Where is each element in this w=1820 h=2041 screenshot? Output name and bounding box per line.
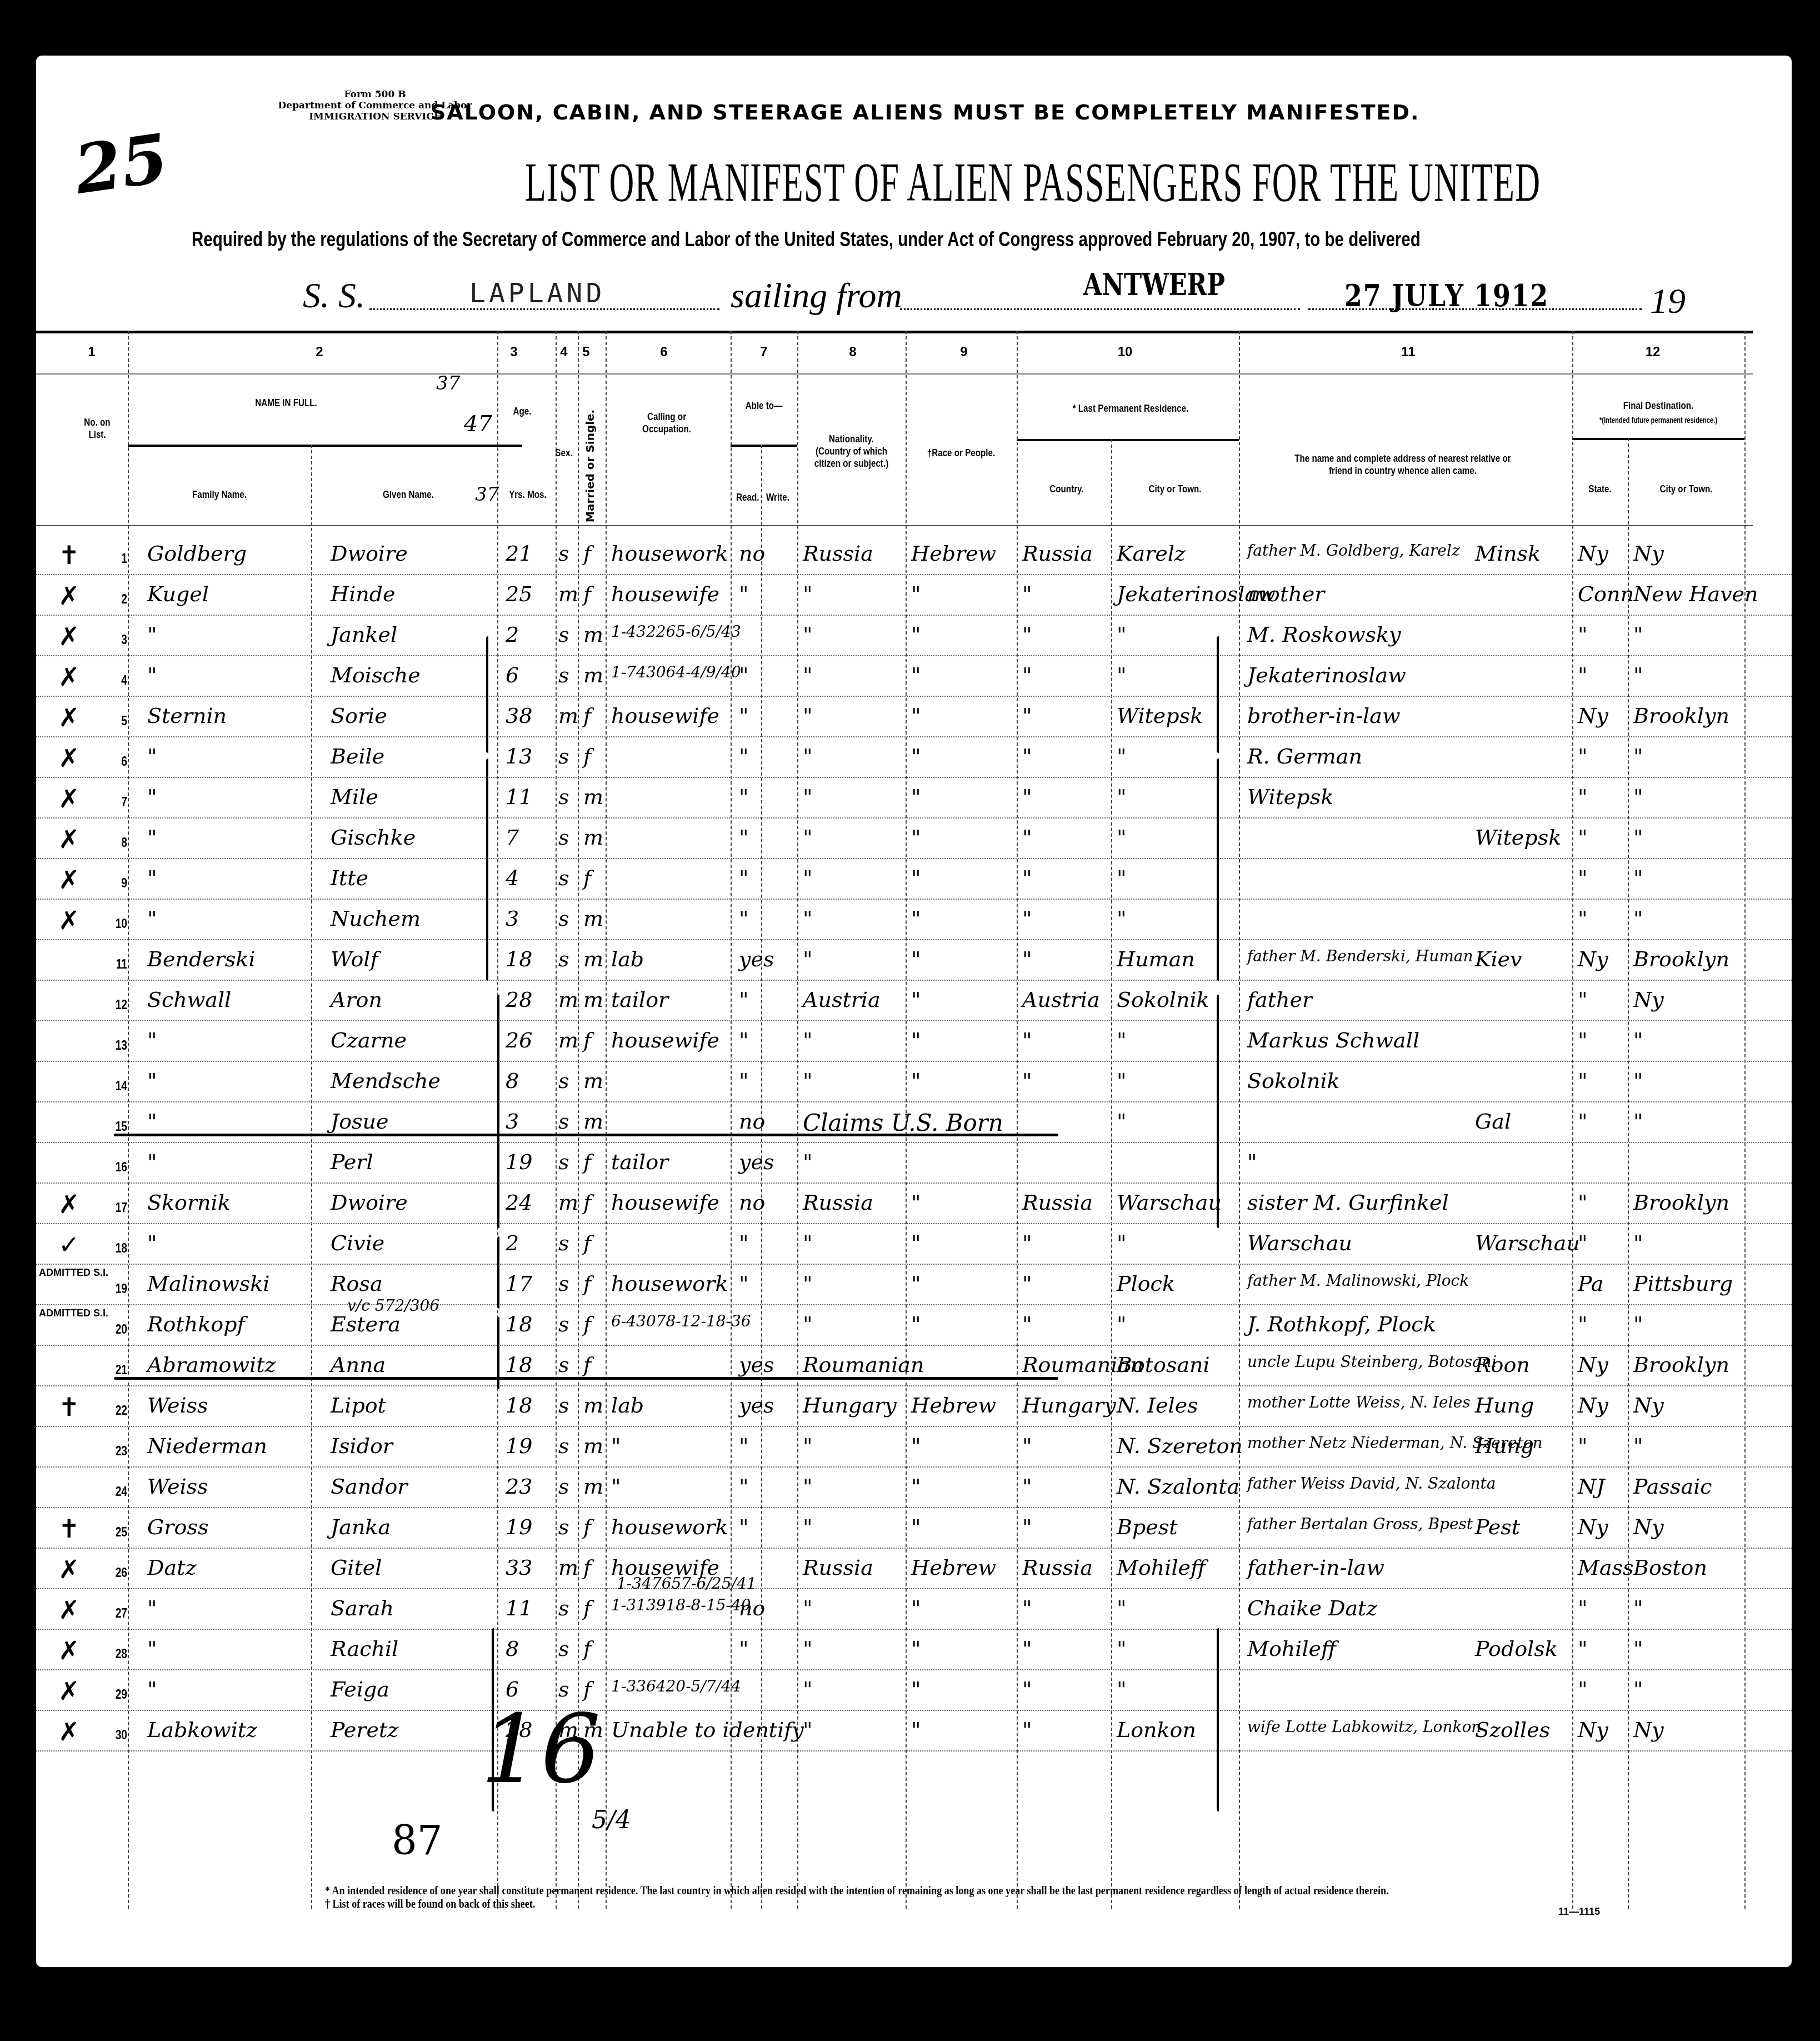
state-cell: " bbox=[1578, 1028, 1587, 1052]
sex-cell: m bbox=[583, 987, 603, 1012]
family-name-cell: " bbox=[147, 1069, 157, 1093]
given-name-cell: Sorie bbox=[331, 703, 387, 728]
tally-mark: ✝ bbox=[58, 540, 80, 570]
age-cell: 6 bbox=[506, 663, 519, 687]
header-no-on-list: No. on List. bbox=[84, 417, 111, 441]
tally-mark: ✗ bbox=[58, 824, 80, 854]
header-write: Write. bbox=[764, 492, 791, 504]
married-single-cell: s bbox=[558, 1596, 569, 1620]
table-row: ✗17SkornikDwoire24mfhousewifenoRussia"Ru… bbox=[36, 1182, 1792, 1224]
age-cell: 33 bbox=[506, 1555, 532, 1580]
manifest-sheet: Form 500 B Department of Commerce and La… bbox=[36, 56, 1792, 1967]
table-row: 19MalinowskiRosa17sfhousework""""Plockfa… bbox=[36, 1264, 1792, 1305]
given-name-cell: Sarah bbox=[331, 1596, 394, 1620]
name-header-divider bbox=[128, 445, 522, 447]
read-write-cell: " bbox=[739, 1515, 748, 1539]
relative-note-cell: Kiev bbox=[1475, 947, 1522, 971]
read-write-cell: " bbox=[739, 663, 748, 687]
country-cell: " bbox=[1022, 1515, 1032, 1539]
header-given-name: Given Name. bbox=[368, 489, 448, 501]
state-cell: " bbox=[1578, 1231, 1587, 1255]
city-cell: Mohileff bbox=[1117, 1555, 1206, 1580]
nationality-cell: Hungary bbox=[803, 1393, 897, 1418]
given-name-cell: Czarne bbox=[331, 1028, 407, 1052]
country-cell: " bbox=[1022, 703, 1032, 728]
header-read: Read. bbox=[736, 492, 758, 504]
relative-cell: father M. Goldberg, Karelz bbox=[1247, 541, 1460, 560]
header-able-to: Able to— bbox=[742, 400, 786, 412]
nationality-cell: Claims U.S. Born bbox=[803, 1109, 1003, 1136]
age-cell: 4 bbox=[506, 866, 519, 890]
row-number: 18 bbox=[101, 1241, 127, 1256]
row-number: 23 bbox=[101, 1444, 127, 1459]
given-name-cell: Dwoire bbox=[331, 541, 408, 566]
family-name-cell: " bbox=[147, 1028, 157, 1052]
nationality-cell: " bbox=[803, 825, 812, 850]
city-cell: Botosani bbox=[1117, 1353, 1210, 1377]
passenger-table-body: ✝1GoldbergDwoire21sfhouseworknoRussiaHeb… bbox=[36, 528, 1792, 1750]
row-number: 2 bbox=[101, 592, 127, 607]
column-number: 10 bbox=[1108, 345, 1142, 360]
given-name-cell: Wolf bbox=[331, 947, 378, 971]
married-single-cell: s bbox=[558, 1636, 569, 1661]
destination-city-cell: " bbox=[1633, 1312, 1643, 1336]
relative-cell: father M. Malinowski, Plock bbox=[1247, 1271, 1469, 1290]
port-underline bbox=[900, 308, 1300, 310]
read-write-cell: no bbox=[739, 1596, 765, 1620]
state-cell: Conn bbox=[1578, 582, 1634, 606]
country-cell: " bbox=[1022, 1271, 1032, 1296]
relative-cell: sister M. Gurfinkel bbox=[1247, 1190, 1449, 1215]
occupation-cell: housewife bbox=[611, 703, 719, 728]
given-name-cell: Sandor bbox=[331, 1474, 408, 1499]
race-cell: " bbox=[911, 1434, 921, 1458]
sex-cell: m bbox=[583, 1393, 603, 1418]
column-number: 5 bbox=[575, 345, 597, 360]
header-age: Age. bbox=[507, 406, 538, 418]
city-cell: N. Ieles bbox=[1117, 1393, 1198, 1418]
table-row: ✗10"Nuchem3sm""""""" bbox=[36, 899, 1792, 940]
state-cell: Ny bbox=[1578, 541, 1608, 566]
sex-cell: m bbox=[583, 1474, 603, 1499]
destination-city-cell: " bbox=[1633, 906, 1643, 931]
nationality-cell: " bbox=[803, 622, 812, 647]
state-cell: " bbox=[1578, 663, 1587, 687]
nationality-cell: Russia bbox=[803, 1190, 873, 1215]
relative-cell: father-in-law bbox=[1247, 1555, 1384, 1580]
table-row: ✗28"Rachil8sf"""""MohileffPodolsk"" bbox=[36, 1629, 1792, 1670]
family-name-cell: Schwall bbox=[147, 987, 231, 1012]
age-cell: 21 bbox=[506, 541, 532, 566]
country-cell: " bbox=[1022, 1069, 1032, 1093]
country-cell: Austria bbox=[1022, 987, 1100, 1012]
tally-mark: ✗ bbox=[58, 905, 80, 935]
country-cell: " bbox=[1022, 866, 1032, 890]
country-cell: " bbox=[1022, 1718, 1032, 1742]
relative-cell: brother-in-law bbox=[1247, 703, 1400, 728]
read-write-cell: " bbox=[739, 1028, 748, 1052]
country-cell: " bbox=[1022, 744, 1032, 769]
nationality-cell: " bbox=[803, 582, 812, 606]
scan-edge-right bbox=[1792, 0, 1820, 2041]
occupation-cell: lab bbox=[611, 947, 644, 971]
header-married-single: Married or Single. bbox=[583, 400, 597, 522]
occupation-cell: housewife bbox=[611, 582, 719, 606]
married-single-cell: s bbox=[558, 785, 569, 809]
given-name-cell: Aron bbox=[331, 987, 382, 1012]
destination-city-cell: Passaic bbox=[1633, 1474, 1712, 1499]
age-cell: 26 bbox=[506, 1028, 532, 1052]
family-name-cell: Skornik bbox=[147, 1190, 231, 1215]
relative-cell: Jekaterinoslaw bbox=[1247, 663, 1406, 687]
tally-mark: ✝ bbox=[58, 1392, 80, 1422]
age-cell: 3 bbox=[506, 1109, 519, 1134]
given-name-cell: Dwoire bbox=[331, 1190, 408, 1215]
nationality-cell: " bbox=[803, 866, 812, 890]
read-write-cell: no bbox=[739, 1190, 765, 1215]
year-prefix: 19 bbox=[1650, 281, 1686, 322]
nationality-cell: " bbox=[803, 1312, 812, 1336]
given-name-cell: Rachil bbox=[331, 1636, 398, 1661]
sex-cell: m bbox=[583, 1109, 603, 1134]
city-cell: " bbox=[1117, 622, 1126, 647]
family-name-cell: " bbox=[147, 825, 157, 850]
married-single-cell: s bbox=[558, 744, 569, 769]
nationality-cell: Russia bbox=[803, 541, 873, 566]
form-number: Form 500 B bbox=[258, 89, 492, 100]
age-cell: 11 bbox=[506, 785, 532, 809]
departure-port: ANTWERP bbox=[1083, 267, 1225, 302]
city-cell: Lonkon bbox=[1117, 1718, 1196, 1742]
nationality-cell: " bbox=[803, 1069, 812, 1093]
city-cell: N. Szereton bbox=[1117, 1434, 1243, 1458]
row-number: 8 bbox=[101, 835, 127, 851]
married-single-cell: m bbox=[558, 1190, 578, 1215]
age-cell: 19 bbox=[506, 1150, 532, 1174]
city-cell: " bbox=[1117, 1677, 1126, 1701]
race-cell: " bbox=[911, 825, 921, 850]
sailing-from-label: sailing from bbox=[731, 275, 902, 316]
column-number: 1 bbox=[75, 345, 108, 360]
country-cell: " bbox=[1022, 825, 1032, 850]
fraction-annotation: 5/4 bbox=[592, 1806, 631, 1834]
country-cell: " bbox=[1022, 582, 1032, 606]
state-cell: " bbox=[1578, 1069, 1587, 1093]
residence-divider bbox=[1017, 439, 1239, 441]
table-top-border bbox=[36, 331, 1753, 333]
city-cell: " bbox=[1117, 906, 1126, 931]
given-name-cell: Beile bbox=[331, 744, 384, 769]
destination-city-cell: " bbox=[1633, 1109, 1643, 1134]
table-row: 15"Josue3smnoClaims U.S. Born"Gal"" bbox=[36, 1101, 1792, 1143]
destination-city-cell: " bbox=[1633, 785, 1643, 809]
column-number: 8 bbox=[836, 345, 869, 360]
city-cell: " bbox=[1117, 744, 1126, 769]
race-cell: " bbox=[911, 1190, 921, 1215]
relative-cell: father M. Benderski, Human bbox=[1247, 947, 1473, 965]
family-name-cell: " bbox=[147, 906, 157, 931]
nationality-cell: " bbox=[803, 1515, 812, 1539]
relative-bracket bbox=[1217, 636, 1219, 753]
state-cell: " bbox=[1578, 622, 1587, 647]
state-cell: Ny bbox=[1578, 703, 1608, 728]
city-cell: Witepsk bbox=[1117, 703, 1203, 728]
relative-cell: Sokolnik bbox=[1247, 1069, 1340, 1093]
married-single-cell: s bbox=[558, 825, 569, 850]
occupation-cell: housework bbox=[611, 541, 728, 566]
destination-city-cell: " bbox=[1633, 1434, 1643, 1458]
read-write-cell: " bbox=[739, 825, 748, 850]
sex-cell: f bbox=[583, 744, 591, 769]
age-cell: 18 bbox=[506, 1353, 532, 1377]
footnote: * An intended residence of one year shal… bbox=[325, 1884, 1389, 1910]
state-cell: " bbox=[1578, 825, 1587, 850]
read-write-cell: no bbox=[739, 1109, 765, 1134]
race-cell: Hebrew bbox=[911, 541, 996, 566]
married-single-cell: m bbox=[558, 582, 578, 606]
row-number: 12 bbox=[101, 997, 127, 1013]
city-cell: N. Szalonta bbox=[1117, 1474, 1239, 1499]
able-to-divider bbox=[731, 445, 797, 447]
country-cell: " bbox=[1022, 1231, 1032, 1255]
country-cell: " bbox=[1022, 947, 1032, 971]
header-nearest-relative: The name and complete address of nearest… bbox=[1287, 453, 1518, 477]
row-number: 13 bbox=[101, 1038, 127, 1054]
table-row: 24WeissSandor23sm"""""N. Szalontafather … bbox=[36, 1466, 1792, 1508]
tally-mark: ✗ bbox=[58, 865, 80, 895]
read-write-cell: " bbox=[739, 1271, 748, 1296]
destination-city-cell: " bbox=[1633, 744, 1643, 769]
header-country: Country. bbox=[1038, 483, 1096, 496]
married-single-cell: s bbox=[558, 1312, 569, 1336]
row-number: 17 bbox=[101, 1200, 127, 1216]
header-sex: Sex. bbox=[553, 447, 575, 460]
manifest-warning: SALOON, CABIN, AND STEERAGE ALIENS MUST … bbox=[431, 100, 1420, 124]
state-cell: Ny bbox=[1578, 1353, 1608, 1377]
state-cell: Mass bbox=[1578, 1555, 1634, 1580]
family-name-cell: Gross bbox=[147, 1515, 208, 1539]
destination-city-cell: Ny bbox=[1633, 541, 1664, 566]
sex-cell: f bbox=[583, 1596, 591, 1620]
occupation-cell: housework bbox=[611, 1271, 728, 1296]
race-cell: " bbox=[911, 1474, 921, 1499]
family-name-cell: " bbox=[147, 744, 157, 769]
relative-cell: father Bertalan Gross, Bpest bbox=[1247, 1515, 1473, 1533]
age-cell: 2 bbox=[506, 622, 519, 647]
married-single-cell: s bbox=[558, 866, 569, 890]
destination-city-cell: " bbox=[1633, 1231, 1643, 1255]
row-number: 6 bbox=[101, 754, 127, 770]
race-cell: " bbox=[911, 1069, 921, 1093]
occupation-cell: housework bbox=[611, 1515, 728, 1539]
age-cell: 24 bbox=[506, 1190, 532, 1215]
family-name-cell: Sternin bbox=[147, 703, 227, 728]
race-cell: " bbox=[911, 1231, 921, 1255]
relative-note-cell: Minsk bbox=[1475, 541, 1541, 566]
relative-bracket bbox=[1217, 758, 1219, 981]
given-name-cell: Nuchem bbox=[331, 906, 421, 931]
age-cell: 11 bbox=[506, 1596, 532, 1620]
relative-note-cell: Hung bbox=[1475, 1393, 1534, 1418]
occupation-cell: " bbox=[611, 1434, 621, 1458]
city-cell: " bbox=[1117, 866, 1126, 890]
relative-bracket bbox=[1217, 1628, 1219, 1812]
married-single-cell: s bbox=[558, 1069, 569, 1093]
relative-cell: father Weiss David, N. Szalonta bbox=[1247, 1474, 1496, 1493]
table-row: ✓18"Civie2sf"""""WarschauWarschau"" bbox=[36, 1223, 1792, 1265]
nationality-cell: " bbox=[803, 744, 812, 769]
city-cell: Sokolnik bbox=[1117, 987, 1209, 1012]
family-name-cell: " bbox=[147, 1109, 157, 1134]
nationality-cell: " bbox=[803, 947, 812, 971]
state-cell: " bbox=[1578, 1596, 1587, 1620]
destination-city-cell: Ny bbox=[1633, 1515, 1664, 1539]
table-row: ✗8"Gischke7sm"""""Witepsk"" bbox=[36, 817, 1792, 859]
city-cell: Karelz bbox=[1117, 541, 1186, 566]
table-row: ✗30LabkowitzPeretz28mmUnable to identify… bbox=[36, 1710, 1792, 1751]
city-cell: " bbox=[1117, 1109, 1126, 1134]
column-number: 4 bbox=[553, 345, 575, 360]
family-name-cell: " bbox=[147, 1677, 157, 1701]
family-name-cell: " bbox=[147, 785, 157, 809]
family-name-cell: " bbox=[147, 1636, 157, 1661]
state-cell: " bbox=[1578, 1109, 1587, 1134]
given-name-cell: Perl bbox=[331, 1150, 373, 1174]
relative-note-cell: Witepsk bbox=[1475, 825, 1561, 850]
state-cell: Ny bbox=[1578, 1393, 1608, 1418]
header-yrs-mos: Yrs. Mos. bbox=[506, 489, 550, 501]
race-cell: " bbox=[911, 906, 921, 931]
country-cell: " bbox=[1022, 785, 1032, 809]
married-single-cell: s bbox=[558, 541, 569, 566]
row-number: 28 bbox=[101, 1646, 127, 1662]
race-cell: " bbox=[911, 1636, 921, 1661]
nationality-cell: " bbox=[803, 785, 812, 809]
sex-cell: f bbox=[583, 1190, 591, 1215]
tally-mark: ✗ bbox=[58, 702, 80, 732]
relative-cell: mother bbox=[1247, 582, 1324, 606]
nationality-cell: " bbox=[803, 1718, 812, 1742]
married-single-cell: s bbox=[558, 663, 569, 687]
country-cell: Russia bbox=[1022, 541, 1093, 566]
nationality-cell: " bbox=[803, 1677, 812, 1701]
header-annotation: 47 bbox=[464, 411, 492, 437]
read-write-cell: " bbox=[739, 1474, 748, 1499]
tally-mark: ✗ bbox=[58, 1595, 80, 1625]
destination-city-cell: New Haven bbox=[1633, 582, 1758, 606]
family-bracket bbox=[486, 758, 488, 981]
family-name-cell: Benderski bbox=[147, 947, 256, 971]
table-row: 16"Perl19sftailoryes"" bbox=[36, 1142, 1792, 1184]
state-cell: " bbox=[1578, 987, 1587, 1012]
country-cell: " bbox=[1022, 1596, 1032, 1620]
given-name-cell: Civie bbox=[331, 1231, 384, 1255]
destination-city-cell: Ny bbox=[1633, 1393, 1664, 1418]
relative-note-cell: Szolles bbox=[1475, 1718, 1550, 1742]
age-cell: 2 bbox=[506, 1231, 519, 1255]
family-name-cell: " bbox=[147, 1596, 157, 1620]
occupation-cell: 1-432265-6/5/43 bbox=[611, 622, 741, 641]
destination-city-cell: Brooklyn bbox=[1633, 947, 1729, 971]
table-row: ✗9"Itte4sf""""""" bbox=[36, 858, 1792, 900]
header-destination-note: *(Intended future permanent residence.) bbox=[1596, 416, 1721, 425]
nationality-cell: " bbox=[803, 906, 812, 931]
occupation-cell: " bbox=[611, 1474, 621, 1499]
race-cell: Hebrew bbox=[911, 1555, 996, 1580]
city-cell: Warschau bbox=[1117, 1190, 1222, 1215]
married-single-cell: s bbox=[558, 1393, 569, 1418]
married-single-cell: s bbox=[558, 947, 569, 971]
race-cell: " bbox=[911, 947, 921, 971]
given-name-note: v/c 572/306 bbox=[347, 1296, 439, 1315]
tally-mark: ✝ bbox=[58, 1514, 80, 1544]
table-row: 20RothkopfEstera18sf6-43078-12-18-36""""… bbox=[36, 1304, 1792, 1346]
read-write-cell: " bbox=[739, 987, 748, 1012]
read-write-cell: " bbox=[739, 1231, 748, 1255]
state-cell: Ny bbox=[1578, 1718, 1608, 1742]
header-final-destination: Final Destination. bbox=[1596, 400, 1721, 412]
family-name-cell: Goldberg bbox=[147, 541, 247, 566]
destination-city-cell: Ny bbox=[1633, 987, 1664, 1012]
country-cell: " bbox=[1022, 622, 1032, 647]
nationality-cell: Austria bbox=[803, 987, 881, 1012]
sex-cell: m bbox=[583, 1434, 603, 1458]
row-number: 24 bbox=[101, 1484, 127, 1500]
destination-city-cell: " bbox=[1633, 1636, 1643, 1661]
relative-cell: R. German bbox=[1247, 744, 1362, 769]
age-cell: 8 bbox=[506, 1636, 519, 1661]
sex-cell: m bbox=[583, 663, 603, 687]
city-cell: Bpest bbox=[1117, 1515, 1178, 1539]
relative-cell: J. Rothkopf, Plock bbox=[1247, 1312, 1436, 1336]
age-cell: 25 bbox=[506, 582, 532, 606]
row-number: 15 bbox=[101, 1119, 127, 1135]
country-cell: Russia bbox=[1022, 1190, 1093, 1215]
header-bottom-border bbox=[36, 525, 1753, 526]
nationality-cell: " bbox=[803, 1636, 812, 1661]
nationality-cell: " bbox=[803, 1231, 812, 1255]
relative-note-cell: Warschau bbox=[1475, 1231, 1580, 1255]
column-number: 2 bbox=[303, 345, 336, 360]
sex-cell: f bbox=[583, 1271, 591, 1296]
state-cell: " bbox=[1578, 1434, 1587, 1458]
city-cell: " bbox=[1117, 1028, 1126, 1052]
nationality-cell: " bbox=[803, 663, 812, 687]
table-row: 14"Mendsche8sm"""""Sokolnik"" bbox=[36, 1061, 1792, 1102]
header-dest-city: City or Town. bbox=[1646, 483, 1726, 496]
married-single-cell: s bbox=[558, 906, 569, 931]
destination-city-cell: Boston bbox=[1633, 1555, 1707, 1580]
married-single-cell: m bbox=[558, 1555, 578, 1580]
header-family-name: Family Name. bbox=[179, 489, 259, 501]
race-cell: " bbox=[911, 744, 921, 769]
sex-cell: f bbox=[583, 1353, 591, 1377]
destination-city-cell: Ny bbox=[1633, 1718, 1664, 1742]
row-number: 9 bbox=[101, 876, 127, 891]
sex-cell: f bbox=[583, 1636, 591, 1661]
married-single-cell: s bbox=[558, 1353, 569, 1377]
relative-note-cell: Gal bbox=[1475, 1109, 1511, 1134]
relative-cell: mother Lotte Weiss, N. Ieles bbox=[1247, 1393, 1471, 1411]
relative-cell: uncle Lupu Steinberg, Botosani bbox=[1247, 1353, 1497, 1371]
city-cell: " bbox=[1117, 825, 1126, 850]
table-row: ✗7"Mile11sm"""""Witepsk"" bbox=[36, 777, 1792, 819]
ship-name: LAPLAND bbox=[469, 278, 605, 309]
nationality-cell: Russia bbox=[803, 1555, 873, 1580]
race-cell: " bbox=[911, 1312, 921, 1336]
destination-city-cell: " bbox=[1633, 1028, 1643, 1052]
sex-cell: f bbox=[583, 1028, 591, 1052]
